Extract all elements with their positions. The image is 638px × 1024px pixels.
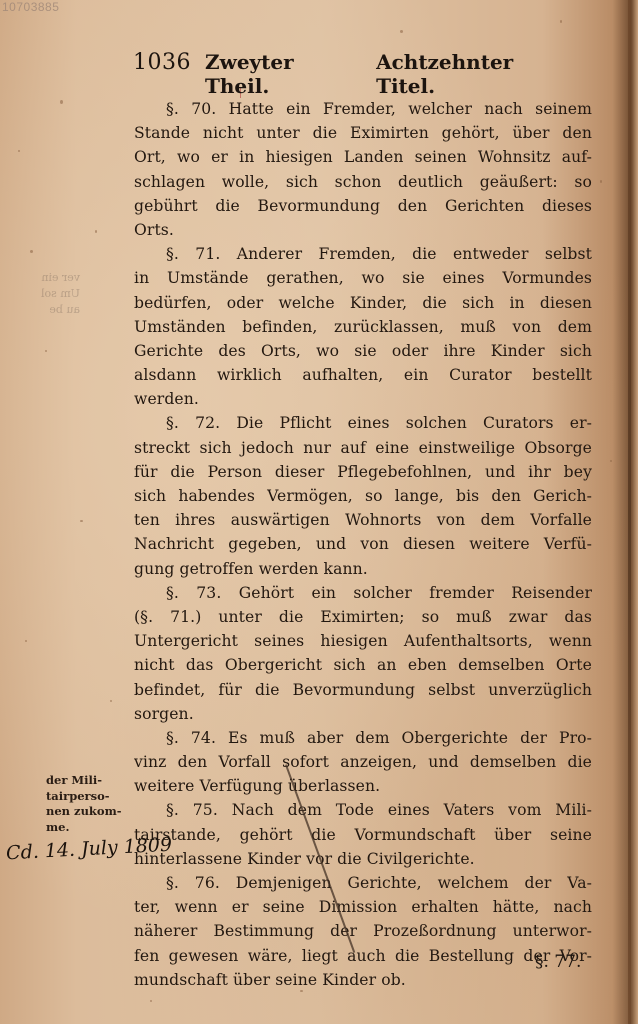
catalog-id: 10703885 <box>2 0 59 14</box>
text-line: ten ihres auswärtigen Wohnorts von dem V… <box>134 508 592 532</box>
text-line: fen gewesen wäre, liegt auch die Bestell… <box>134 944 592 968</box>
text-line: (§. 71.) unter die Eximirten; so muß zwa… <box>134 605 592 629</box>
text-line: tairstande, gehört die Vormundschaft übe… <box>134 823 592 847</box>
bleed-through-text: ver ein Um sol au be <box>40 270 80 318</box>
paper-speck <box>560 20 562 23</box>
text-line: §. 73. Gehört ein solcher fremder Reisen… <box>134 581 592 605</box>
text-line: sorgen. <box>134 702 592 726</box>
text-line: §. 72. Die Pflicht eines solchen Curator… <box>134 411 592 435</box>
text-line: sich habendes Vermögen, so lange, bis de… <box>134 484 592 508</box>
text-line: in Umstände gerathen, wo sie eines Vormu… <box>134 266 592 290</box>
page-number: 1036 <box>133 50 191 75</box>
text-line: mundschaft über seine Kinder ob. <box>134 968 592 992</box>
paper-speck <box>610 460 612 462</box>
text-line: §. 74. Es muß aber dem Obergerichte der … <box>134 726 592 750</box>
paper-speck <box>30 250 33 253</box>
body-text: §. 70. Hatte ein Fremder, welcher nach s… <box>134 97 592 992</box>
page-edge-shadow <box>628 0 631 1024</box>
book-page: 10703885 ver ein Um sol au be 1036 Zweyt… <box>0 0 638 1024</box>
margin-note: der Mili- tairperso- nen zukom- me. <box>46 773 126 835</box>
running-header: 1036 Zweyter Theil. Achtzehnter Titel. <box>133 50 573 80</box>
text-line: Stande nicht unter die Eximirten gehört,… <box>134 121 592 145</box>
text-line: gung getroffen werden kann. <box>134 557 592 581</box>
text-line: Orts. <box>134 218 592 242</box>
text-line: werden. <box>134 387 592 411</box>
margin-note-line: tairperso- <box>46 789 126 805</box>
text-line: ter, wenn er seine Dimission erhalten hä… <box>134 895 592 919</box>
text-line: weitere Verfügung überlassen. <box>134 774 592 798</box>
margin-note-line: der Mili- <box>46 773 126 789</box>
text-line: vinz den Vorfall sofort anzeigen, und de… <box>134 750 592 774</box>
text-line: befindet, für die Bevormundung selbst un… <box>134 678 592 702</box>
text-line: §. 71. Anderer Fremden, die entweder sel… <box>134 242 592 266</box>
text-line: alsdann wirklich aufhalten, ein Curator … <box>134 363 592 387</box>
text-line: hinterlassene Kinder vor die Civilgerich… <box>134 847 592 871</box>
text-line: §. 76. Demjenigen Gerichte, welchem der … <box>134 871 592 895</box>
text-line: nicht das Obergericht sich an eben demse… <box>134 653 592 677</box>
text-line: Nachricht gegeben, und von diesen weiter… <box>134 532 592 556</box>
text-line: bedürfen, oder welche Kinder, die sich i… <box>134 291 592 315</box>
catchword: §. 77. <box>535 952 581 972</box>
text-line: gebührt die Bevormundung den Gerichten d… <box>134 194 592 218</box>
text-line: für die Person dieser Pflegebefohlnen, u… <box>134 460 592 484</box>
text-line: §. 70. Hatte ein Fremder, welcher nach s… <box>134 97 592 121</box>
header-title: Achtzehnter Titel. <box>376 50 573 98</box>
text-line: streckt sich jedoch nur auf eine einstwe… <box>134 436 592 460</box>
paper-speck <box>80 520 83 522</box>
paper-speck <box>150 1000 152 1002</box>
paper-speck <box>95 230 97 233</box>
margin-note-line: nen zukom- <box>46 804 126 820</box>
margin-note-line: me. <box>46 820 126 836</box>
text-line: schlagen wolle, sich schon deutlich geäu… <box>134 170 592 194</box>
header-part: Zweyter Theil. <box>205 50 360 98</box>
paper-speck <box>600 180 602 183</box>
paper-speck <box>60 100 63 104</box>
text-line: näherer Bestimmung der Prozeßordnung unt… <box>134 919 592 943</box>
text-line: Umständen befinden, zurücklassen, muß vo… <box>134 315 592 339</box>
text-line: §. 75. Nach dem Tode eines Vaters vom Mi… <box>134 798 592 822</box>
paper-speck <box>45 350 47 352</box>
paper-speck <box>25 640 27 642</box>
text-line: Untergericht seines hiesigen Aufenthalts… <box>134 629 592 653</box>
text-line: Gerichte des Orts, wo sie oder ihre Kind… <box>134 339 592 363</box>
paper-speck <box>400 30 403 33</box>
paper-speck <box>110 700 112 702</box>
paper-speck <box>18 150 20 152</box>
text-line: Ort, wo er in hiesigen Landen seinen Woh… <box>134 145 592 169</box>
